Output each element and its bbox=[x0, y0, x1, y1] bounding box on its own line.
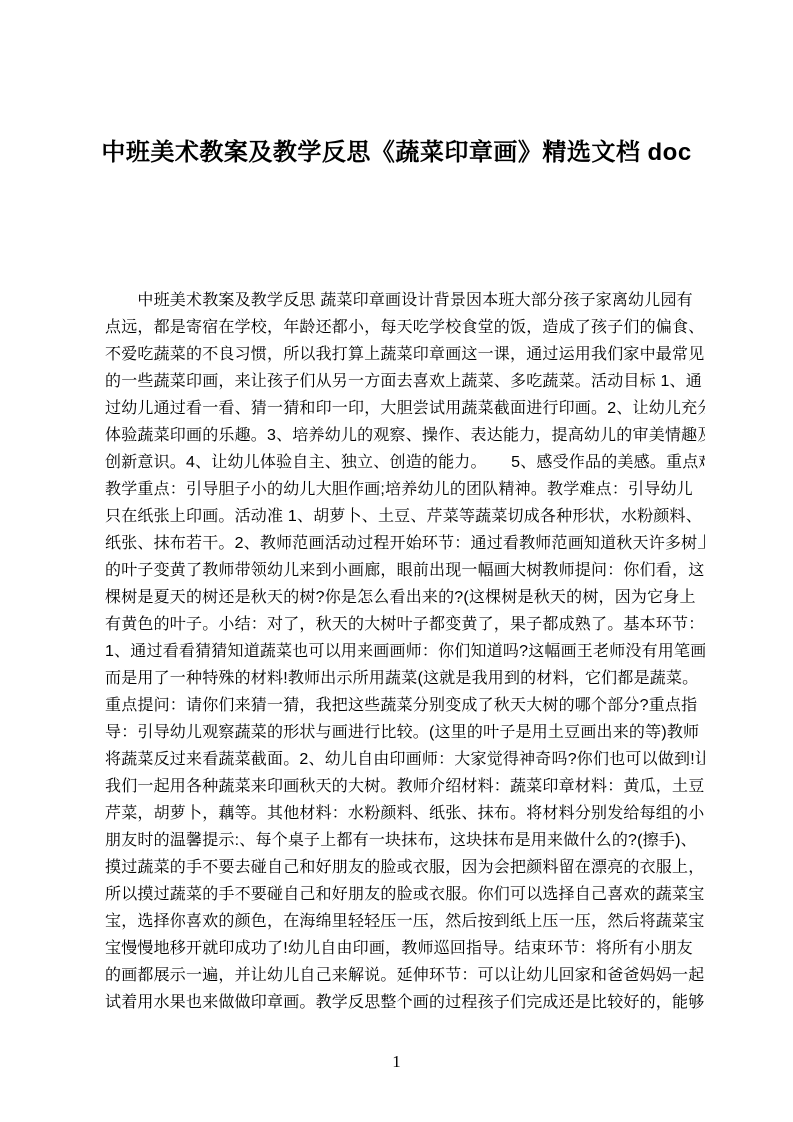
text-line: 创新意识。4、让幼儿体验自主、独立、创造的能力。 5、感受作品的美感。重点难点 bbox=[105, 449, 705, 476]
text-line: 中班美术教案及教学反思 蔬菜印章画设计背景因本班大部分孩子家离幼儿园有 bbox=[105, 287, 705, 314]
text-line: 有黄色的叶子。小结：对了，秋天的大树叶子都变黄了，果子都成熟了。基本环节： bbox=[105, 611, 705, 638]
text-line: 摸过蔬菜的手不要去碰自己和好朋友的脸或衣服，因为会把颜料留在漂亮的衣服上， bbox=[105, 854, 705, 881]
text-line: 我们一起用各种蔬菜来印画秋天的大树。教师介绍材料：蔬菜印章材料：黄瓜，土豆 bbox=[105, 773, 705, 800]
text-line: 试着用水果也来做做印章画。教学反思整个画的过程孩子们完成还是比较好的，能够 bbox=[105, 989, 705, 1016]
text-line: 不爱吃蔬菜的不良习惯，所以我打算上蔬菜印章画这一课，通过运用我们家中最常见 bbox=[105, 341, 705, 368]
text-line: 朋友时的温馨提示:、每个桌子上都有一块抹布，这块抹布是用来做什么的?(擦手)、 bbox=[105, 827, 705, 854]
text-line: 的画都展示一遍，并让幼儿自己来解说。延伸环节：可以让幼儿回家和爸爸妈妈一起 bbox=[105, 962, 705, 989]
text-line: 将蔬菜反过来看蔬菜截面。2、幼儿自由印画师：大家觉得神奇吗?你们也可以做到!让 bbox=[105, 746, 705, 773]
text-line: 教学重点：引导胆子小的幼儿大胆作画;培养幼儿的团队精神。教学难点：引导幼儿 bbox=[105, 476, 705, 503]
text-line: 只在纸张上印画。活动准 1、胡萝卜、土豆、芹菜等蔬菜切成各种形状，水粉颜料、 bbox=[105, 503, 705, 530]
text-line: 的一些蔬菜印画，来让孩子们从另一方面去喜欢上蔬菜、多吃蔬菜。活动目标 1、通 bbox=[105, 368, 705, 395]
document-title: 中班美术教案及教学反思《蔬菜印章画》精选文档 doc bbox=[0, 133, 793, 173]
text-line: 宝，选择你喜欢的颜色，在海绵里轻轻压一压，然后按到纸上压一压，然后将蔬菜宝 bbox=[105, 908, 705, 935]
text-line: 导：引导幼儿观察蔬菜的形状与画进行比较。(这里的叶子是用土豆画出来的等)教师 bbox=[105, 719, 705, 746]
text-line: 而是用了一种特殊的材料!教师出示所用蔬菜(这就是我用到的材料，它们都是蔬菜。 bbox=[105, 665, 705, 692]
text-line: 过幼儿通过看一看、猜一猜和印一印，大胆尝试用蔬菜截面进行印画。2、让幼儿充分 bbox=[105, 395, 705, 422]
text-line: 体验蔬菜印画的乐趣。3、培养幼儿的观察、操作、表达能力，提高幼儿的审美情趣及 bbox=[105, 422, 705, 449]
text-line: 棵树是夏天的树还是秋天的树?你是怎么看出来的?(这棵树是秋天的树，因为它身上 bbox=[105, 584, 705, 611]
text-line: 芹菜，胡萝卜，藕等。其他材料：水粉颜料、纸张、抹布。将材料分别发给每组的小 bbox=[105, 800, 705, 827]
text-line: 点远，都是寄宿在学校，年龄还都小，每天吃学校食堂的饭，造成了孩子们的偏食、 bbox=[105, 314, 705, 341]
text-line: 重点提问：请你们来猜一猜，我把这些蔬菜分别变成了秋天大树的哪个部分?重点指 bbox=[105, 692, 705, 719]
text-line: 宝慢慢地移开就印成功了!幼儿自由印画，教师巡回指导。结束环节：将所有小朋友 bbox=[105, 935, 705, 962]
page-footer: 1 bbox=[0, 1050, 793, 1074]
document-body: 中班美术教案及教学反思 蔬菜印章画设计背景因本班大部分孩子家离幼儿园有点远，都是… bbox=[105, 287, 705, 1016]
document-page: 中班美术教案及教学反思《蔬菜印章画》精选文档 doc 中班美术教案及教学反思 蔬… bbox=[0, 0, 793, 1122]
text-line: 1、通过看看猜猜知道蔬菜也可以用来画画师：你们知道吗?这幅画王老师没有用笔画 bbox=[105, 638, 705, 665]
text-line: 的叶子变黄了教师带领幼儿来到小画廊，眼前出现一幅画大树教师提问：你们看，这 bbox=[105, 557, 705, 584]
page-number: 1 bbox=[392, 1052, 401, 1071]
text-line: 所以摸过蔬菜的手不要碰自己和好朋友的脸或衣服。你们可以选择自己喜欢的蔬菜宝 bbox=[105, 881, 705, 908]
text-line: 纸张、抹布若干。2、教师范画活动过程开始环节：通过看教师范画知道秋天许多树上 bbox=[105, 530, 705, 557]
